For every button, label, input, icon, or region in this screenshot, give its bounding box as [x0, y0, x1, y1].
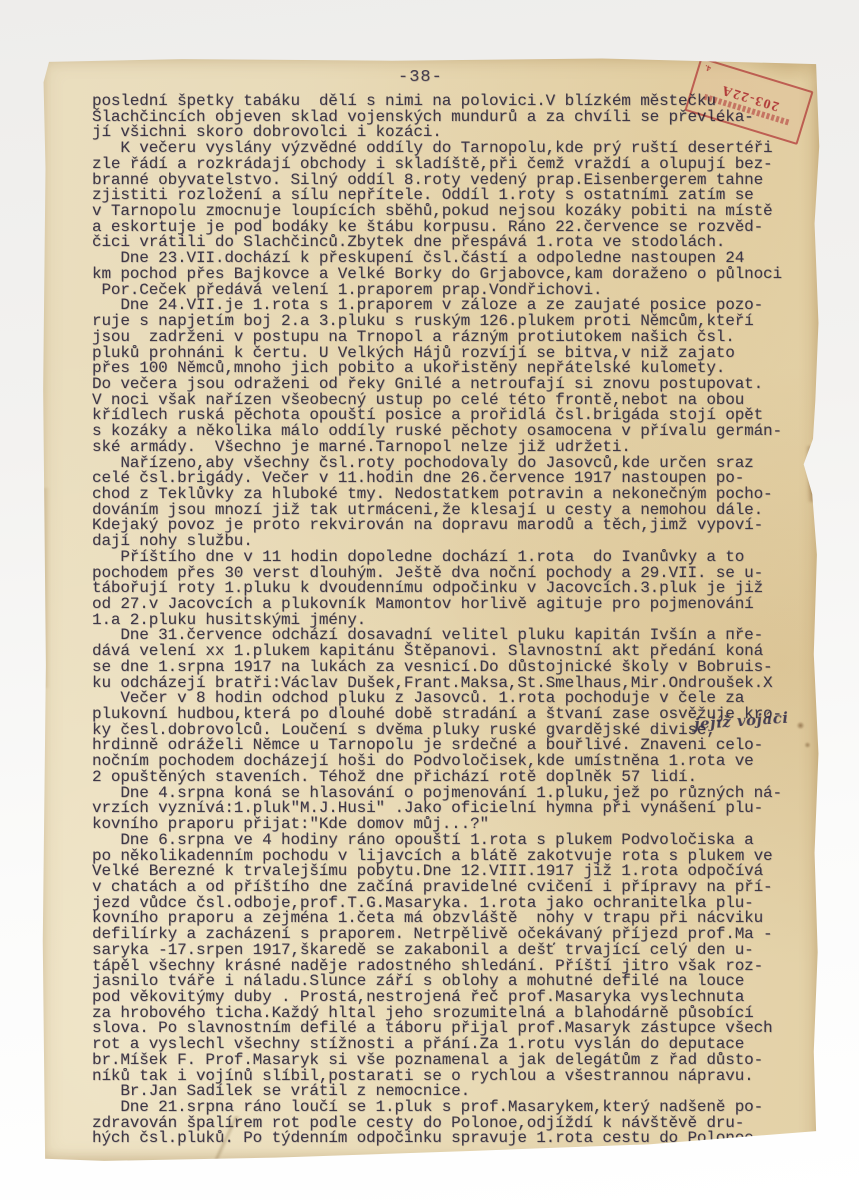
paper-stain-dot-2	[804, 742, 811, 748]
paper-stain-left-edge	[42, 488, 50, 688]
paper-sheet: -38- poslední špetky tabáku dělí s nimi …	[42, 58, 820, 1162]
stamp-corner-mark: 4.	[704, 63, 712, 73]
page-number: -38-	[398, 68, 443, 87]
typewritten-text: poslední špetky tabáku dělí s nimi na po…	[92, 94, 782, 1147]
scan-background: { "page": { "number_label": "-38-" }, "s…	[0, 0, 859, 1200]
paper-stain-right-edge	[805, 446, 821, 502]
